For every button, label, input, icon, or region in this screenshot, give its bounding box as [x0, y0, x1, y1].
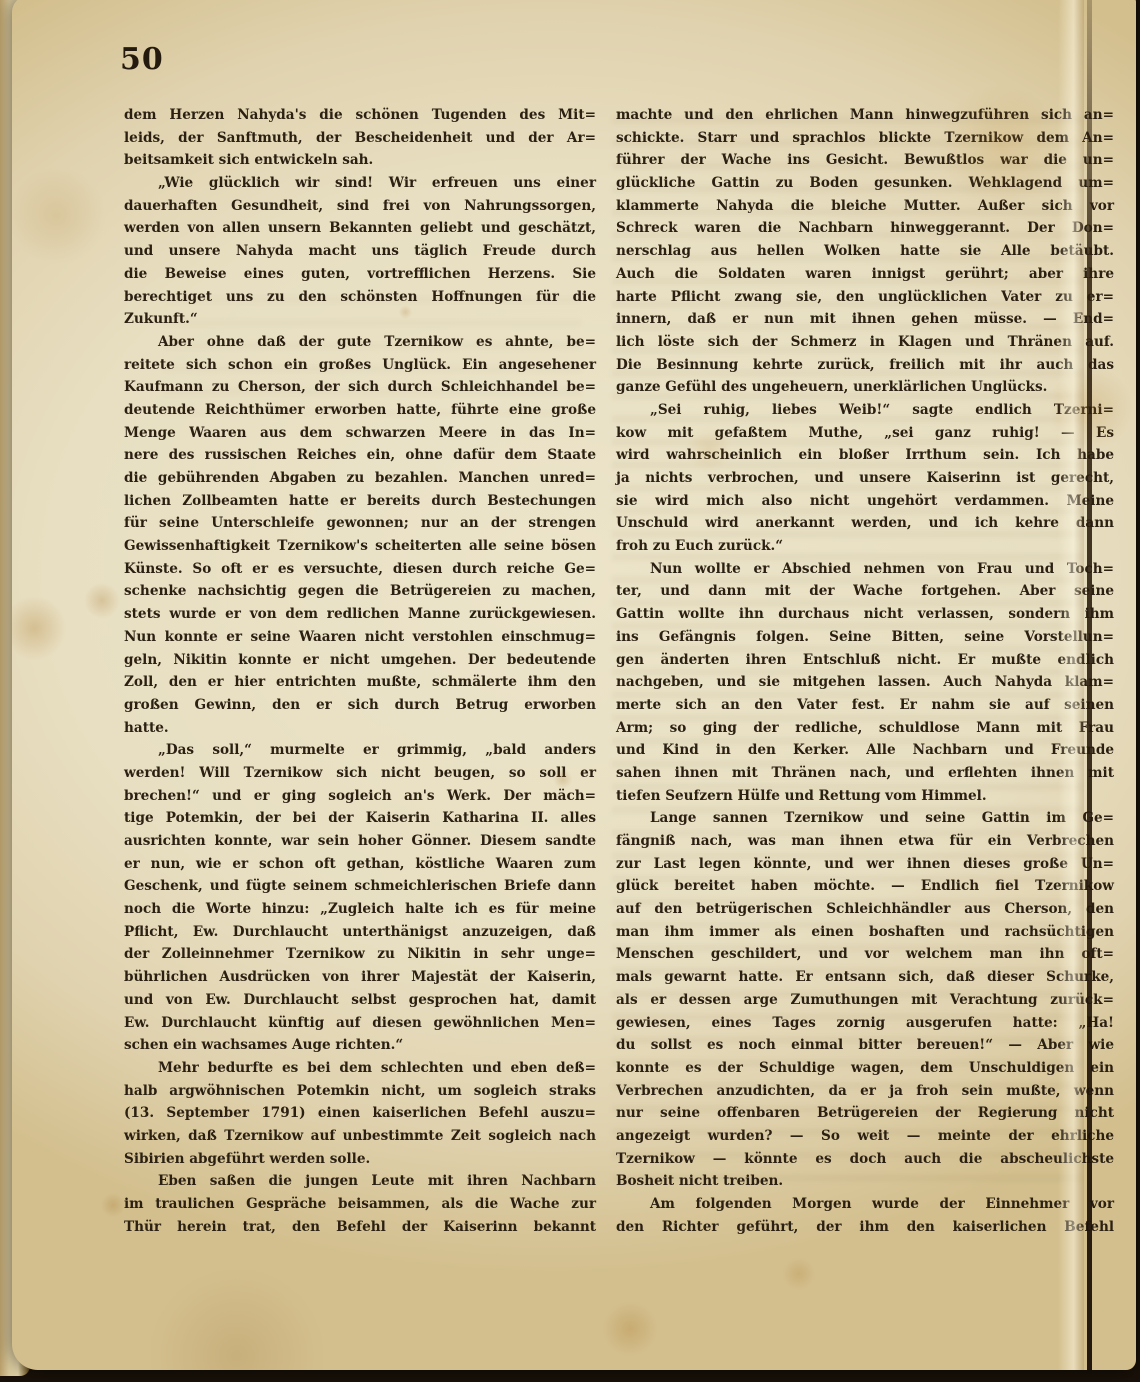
text-line: als er dessen arge Zumuthungen mit Verac… — [616, 989, 1114, 1012]
text-line: schickte. Starr und sprachlos blickte Tz… — [616, 127, 1114, 150]
text-line: nachgeben, und sie mitgehen lassen. Auch… — [616, 671, 1114, 694]
text-line: wirken, daß Tzernikow auf unbestimmte Ze… — [124, 1125, 596, 1148]
text-line: schenke nachsichtig gegen die Betrügerei… — [124, 580, 596, 603]
page-number: 50 — [120, 42, 164, 77]
text-line: du sollst es noch einmal bitter bereuen!… — [616, 1034, 1114, 1057]
text-line: Schreck waren die Nachbarn hinweggerannt… — [616, 217, 1114, 240]
text-line: klammerte Nahyda die bleiche Mutter. Auß… — [616, 195, 1114, 218]
text-line: lich löste sich der Schmerz in Klagen un… — [616, 331, 1114, 354]
text-line: nere des russischen Reiches ein, ohne da… — [124, 444, 596, 467]
text-line: ter, und dann mit der Wache fortgehen. A… — [616, 580, 1114, 603]
text-line: Sibirien abgeführt werden solle. — [124, 1148, 596, 1171]
text-line: im traulichen Gespräche beisammen, als d… — [124, 1193, 596, 1216]
text-line: für seine Unterschleife gewonnen; nur an… — [124, 512, 596, 535]
text-line: mals gewarnt hatte. Er entsann sich, daß… — [616, 966, 1114, 989]
text-line: stets wurde er von dem redlichen Manne z… — [124, 603, 596, 626]
text-line: machte und den ehrlichen Mann hinwegzufü… — [616, 104, 1114, 127]
text-column-right: machte und den ehrlichen Mann hinwegzufü… — [616, 104, 1114, 1238]
text-line: nerschlag aus hellen Wolken hatte sie Al… — [616, 240, 1114, 263]
text-line: deutende Reichthümer erworben hatte, füh… — [124, 399, 596, 422]
text-line: Unschuld wird anerkannt werden, und ich … — [616, 512, 1114, 535]
book-page: 50 dem Herzen Nahyda's die schönen Tugen… — [12, 0, 1136, 1370]
text-line: großen Gewinn, den er sich durch Betrug … — [124, 694, 596, 717]
text-line: Zukunft.“ — [124, 308, 596, 331]
text-line: tige Potemkin, der bei der Kaiserin Kath… — [124, 807, 596, 830]
text-line: werden von allen unsern Bekannten gelieb… — [124, 217, 596, 240]
text-line: zur Last legen könnte, und wer ihnen die… — [616, 853, 1114, 876]
text-line: Kaufmann zu Cherson, der sich durch Schl… — [124, 376, 596, 399]
text-line: die gebührenden Abgaben zu bezahlen. Man… — [124, 467, 596, 490]
text-line: Am folgenden Morgen wurde der Einnehmer … — [616, 1193, 1114, 1216]
text-line: noch die Worte hinzu: „Zugleich halte ic… — [124, 898, 596, 921]
text-line: Mehr bedurfte es bei dem schlechten und … — [124, 1057, 596, 1080]
text-line: sie wird mich also nicht ungehört verdam… — [616, 490, 1114, 513]
text-line: wird wahrscheinlich ein bloßer Irrthum s… — [616, 444, 1114, 467]
text-line: den Richter geführt, der ihm den kaiserl… — [616, 1216, 1114, 1239]
text-line: froh zu Euch zurück.“ — [616, 535, 1114, 558]
text-line: Verbrechen anzudichten, da er ja froh se… — [616, 1080, 1114, 1103]
text-line: der Zolleinnehmer Tzernikow zu Nikitin i… — [124, 943, 596, 966]
text-line: kow mit gefaßtem Muthe, „sei ganz ruhig!… — [616, 422, 1114, 445]
text-line: fängniß nach, was man ihnen etwa für ein… — [616, 830, 1114, 853]
text-line: angezeigt wurden? — So weit — meinte der… — [616, 1125, 1114, 1148]
text-line: und unsere Nahyda macht uns täglich Freu… — [124, 240, 596, 263]
text-line: bührlichen Ausdrücken von ihrer Majestät… — [124, 966, 596, 989]
text-line: brechen!“ und er ging sogleich an's Werk… — [124, 785, 596, 808]
text-line: Arm; so ging der redliche, schuldlose Ma… — [616, 717, 1114, 740]
text-line: Nun wollte er Abschied nehmen von Frau u… — [616, 558, 1114, 581]
text-line: merte sich an den Vater fest. Er nahm si… — [616, 694, 1114, 717]
text-line: Nun konnte er seine Waaren nicht verstoh… — [124, 626, 596, 649]
text-line: gewiesen, eines Tages zornig ausgerufen … — [616, 1012, 1114, 1035]
text-line: auf den betrügerischen Schleichhändler a… — [616, 898, 1114, 921]
text-line: werden! Will Tzernikow sich nicht beugen… — [124, 762, 596, 785]
text-line: schen ein wachsames Auge richten.“ — [124, 1034, 596, 1057]
text-line: Eben saßen die jungen Leute mit ihren Na… — [124, 1170, 596, 1193]
text-line: Menschen geschildert, und vor welchem ma… — [616, 943, 1114, 966]
text-line: berechtiget uns zu den schönsten Hoffnun… — [124, 286, 596, 309]
text-line: hatte. — [124, 717, 596, 740]
text-line: beitsamkeit sich entwickeln sah. — [124, 149, 596, 172]
text-line: Auch die Soldaten waren innigst gerührt;… — [616, 263, 1114, 286]
text-line: ganze Gefühl des ungeheuern, unerklärlic… — [616, 376, 1114, 399]
text-line: Aber ohne daß der gute Tzernikow es ahnt… — [124, 331, 596, 354]
text-line: Die Besinnung kehrte zurück, freilich mi… — [616, 354, 1114, 377]
text-line: harte Pflicht zwang sie, den unglücklich… — [616, 286, 1114, 309]
text-line: Bosheit nicht treiben. — [616, 1170, 1114, 1193]
text-line: Zoll, den er hier entrichten mußte, schm… — [124, 671, 596, 694]
text-line: führer der Wache ins Gesicht. Bewußtlos … — [616, 149, 1114, 172]
text-line: nur seine offenbaren Betrügereien der Re… — [616, 1102, 1114, 1125]
text-line: reitete sich schon ein großes Unglück. E… — [124, 354, 596, 377]
text-line: glückliche Gattin zu Boden gesunken. Weh… — [616, 172, 1114, 195]
text-line: man ihm immer als einen boshaften und ra… — [616, 921, 1114, 944]
text-column-left: dem Herzen Nahyda's die schönen Tugenden… — [124, 104, 596, 1238]
text-line: Ew. Durchlaucht künftig auf diesen gewöh… — [124, 1012, 596, 1035]
text-line: dem Herzen Nahyda's die schönen Tugenden… — [124, 104, 596, 127]
text-line: leids, der Sanftmuth, der Bescheidenheit… — [124, 127, 596, 150]
text-line: innern, daß er nun mit ihnen gehen müsse… — [616, 308, 1114, 331]
text-line: „Das soll,“ murmelte er grimmig, „bald a… — [124, 739, 596, 762]
text-line: Gattin wollte ihn durchaus nicht verlass… — [616, 603, 1114, 626]
text-line: dauerhaften Gesundheit, sind frei von Na… — [124, 195, 596, 218]
text-line: die Beweise eines guten, vortrefflichen … — [124, 263, 596, 286]
text-line: ja nichts verbrochen, und unsere Kaiseri… — [616, 467, 1114, 490]
text-line: und von Ew. Durchlaucht selbst gesproche… — [124, 989, 596, 1012]
text-line: (13. September 1791) einen kaiserlichen … — [124, 1102, 596, 1125]
text-line: ausrichten konnte, war sein hoher Gönner… — [124, 830, 596, 853]
text-line: Pflicht, Ew. Durchlaucht unterthänigst a… — [124, 921, 596, 944]
text-line: „Wie glücklich wir sind! Wir erfreuen un… — [124, 172, 596, 195]
text-line: Menge Waaren aus dem schwarzen Meere in … — [124, 422, 596, 445]
text-line: Gewissenhaftigkeit Tzernikow's scheitert… — [124, 535, 596, 558]
text-line: glück bereitet haben möchte. — Endlich f… — [616, 875, 1114, 898]
text-line: er nun, wie er schon oft gethan, köstlic… — [124, 853, 596, 876]
text-line: und Kind in den Kerker. Alle Nachbarn un… — [616, 739, 1114, 762]
text-line: sahen ihnen mit Thränen nach, und erfleh… — [616, 762, 1114, 785]
text-line: Tzernikow — könnte es doch auch die absc… — [616, 1148, 1114, 1171]
text-line: gen änderten ihren Entschluß nicht. Er m… — [616, 649, 1114, 672]
text-line: tiefen Seufzern Hülfe und Rettung vom Hi… — [616, 785, 1114, 808]
text-line: konnte es der Schuldige wagen, dem Unsch… — [616, 1057, 1114, 1080]
text-line: geln, Nikitin konnte er nicht umgehen. D… — [124, 649, 596, 672]
text-line: Künste. So oft er es versuchte, diesen d… — [124, 558, 596, 581]
text-line: Thür herein trat, den Befehl der Kaiseri… — [124, 1216, 596, 1239]
text-line: halb argwöhnischen Potemkin nicht, um so… — [124, 1080, 596, 1103]
text-line: „Sei ruhig, liebes Weib!“ sagte endlich … — [616, 399, 1114, 422]
text-line: Lange sannen Tzernikow und seine Gattin … — [616, 807, 1114, 830]
text-line: ins Gefängnis folgen. Seine Bitten, sein… — [616, 626, 1114, 649]
text-line: Geschenk, und fügte seinem schmeichleris… — [124, 875, 596, 898]
text-line: lichen Zollbeamten hatte er bereits durc… — [124, 490, 596, 513]
